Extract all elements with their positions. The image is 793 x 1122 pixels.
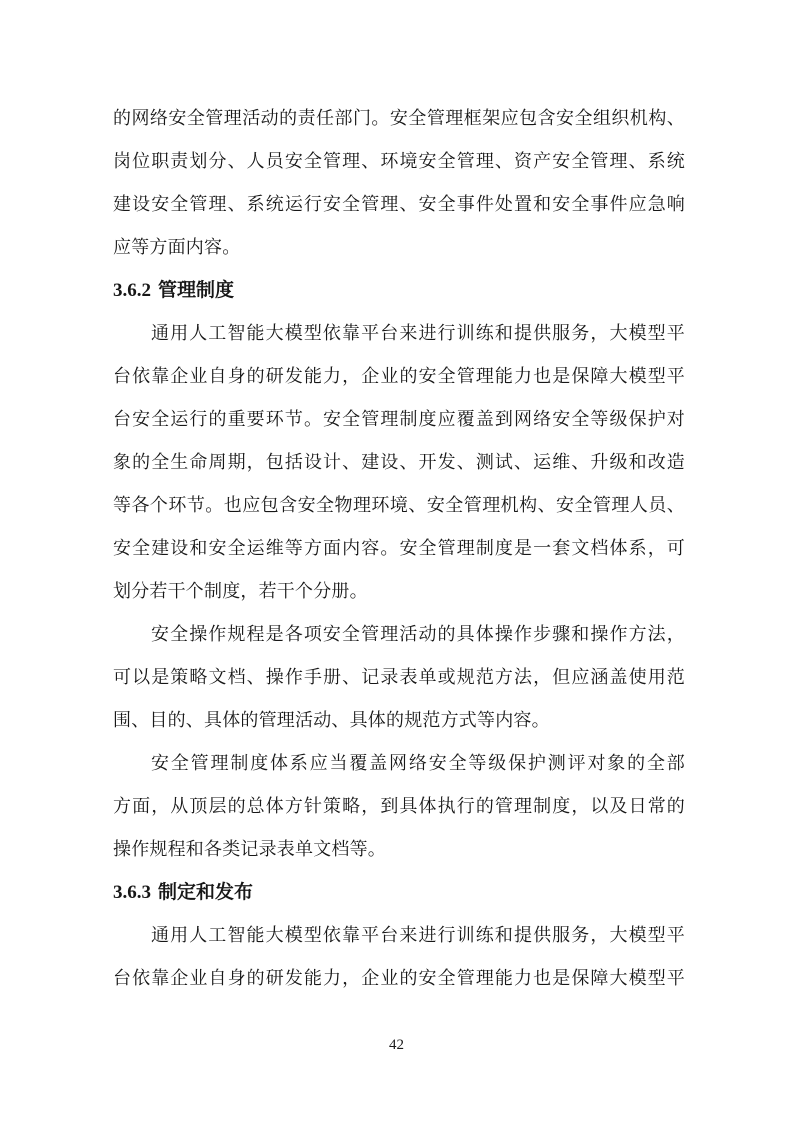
- paragraph: 安全操作规程是各项安全管理活动的具体操作步骤和操作方法， 可以是策略文档、操作手…: [113, 613, 685, 742]
- page-number: 42: [0, 1035, 793, 1055]
- paragraph-line: 象的全生命周期，包括设计、建设、开发、测试、运维、升级和改造: [113, 441, 685, 484]
- section-number: 3.6.2: [113, 280, 151, 301]
- paragraph: 通用人工智能大模型依靠平台来进行训练和提供服务，大模型平 台依靠企业自身的研发能…: [113, 914, 685, 1000]
- document-page: 的网络安全管理活动的责任部门。安全管理框架应包含安全组织机构、 岗位职责划分、人…: [0, 0, 793, 1122]
- paragraph: 安全管理制度体系应当覆盖网络安全等级保护测评对象的全部 方面，从顶层的总体方针策…: [113, 742, 685, 871]
- paragraph-line: 方面，从顶层的总体方针策略，到具体执行的管理制度，以及日常的: [113, 785, 685, 828]
- paragraph-line: 通用人工智能大模型依靠平台来进行训练和提供服务，大模型平: [113, 914, 685, 957]
- page-body: 的网络安全管理活动的责任部门。安全管理框架应包含安全组织机构、 岗位职责划分、人…: [113, 97, 685, 1000]
- section-title: 管理制度: [158, 280, 234, 301]
- paragraph-line: 安全建设和安全运维等方面内容。安全管理制度是一套文档体系，可: [113, 527, 685, 570]
- paragraph-line: 台安全运行的重要环节。安全管理制度应覆盖到网络安全等级保护对: [113, 398, 685, 441]
- section-number: 3.6.3: [113, 882, 151, 903]
- paragraph-line: 岗位职责划分、人员安全管理、环境安全管理、资产安全管理、系统: [113, 140, 685, 183]
- paragraph-line: 通用人工智能大模型依靠平台来进行训练和提供服务，大模型平: [113, 312, 685, 355]
- paragraph-line: 可以是策略文档、操作手册、记录表单或规范方法，但应涵盖使用范: [113, 656, 685, 699]
- paragraph-line: 安全管理制度体系应当覆盖网络安全等级保护测评对象的全部: [113, 742, 685, 785]
- paragraph-line: 应等方面内容。: [113, 226, 685, 269]
- paragraph-line: 围、目的、具体的管理活动、具体的规范方式等内容。: [113, 699, 685, 742]
- paragraph-line: 台依靠企业自身的研发能力，企业的安全管理能力也是保障大模型平: [113, 957, 685, 1000]
- paragraph-line: 的网络安全管理活动的责任部门。安全管理框架应包含安全组织机构、: [113, 97, 685, 140]
- paragraph: 的网络安全管理活动的责任部门。安全管理框架应包含安全组织机构、 岗位职责划分、人…: [113, 97, 685, 269]
- section-heading-363: 3.6.3制定和发布: [113, 871, 685, 914]
- paragraph-line: 操作规程和各类记录表单文档等。: [113, 828, 685, 871]
- paragraph: 通用人工智能大模型依靠平台来进行训练和提供服务，大模型平 台依靠企业自身的研发能…: [113, 312, 685, 613]
- paragraph-line: 划分若干个制度，若干个分册。: [113, 570, 685, 613]
- paragraph-line: 等各个环节。也应包含安全物理环境、安全管理机构、安全管理人员、: [113, 484, 685, 527]
- paragraph-line: 台依靠企业自身的研发能力，企业的安全管理能力也是保障大模型平: [113, 355, 685, 398]
- section-heading-362: 3.6.2管理制度: [113, 269, 685, 312]
- section-title: 制定和发布: [158, 882, 253, 903]
- paragraph-line: 建设安全管理、系统运行安全管理、安全事件处置和安全事件应急响: [113, 183, 685, 226]
- paragraph-line: 安全操作规程是各项安全管理活动的具体操作步骤和操作方法，: [113, 613, 685, 656]
